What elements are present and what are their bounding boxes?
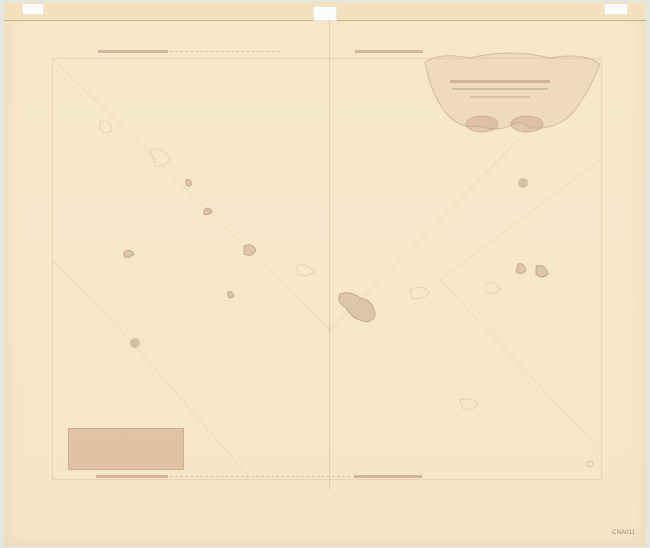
inventory-code: CNA011 xyxy=(612,530,635,536)
small-mark xyxy=(587,461,593,467)
compass-rose-icon xyxy=(130,178,528,348)
title-cartouche xyxy=(425,53,600,132)
faint-coastlines xyxy=(100,121,500,409)
islands xyxy=(124,180,548,323)
show-through-artwork xyxy=(0,0,650,548)
